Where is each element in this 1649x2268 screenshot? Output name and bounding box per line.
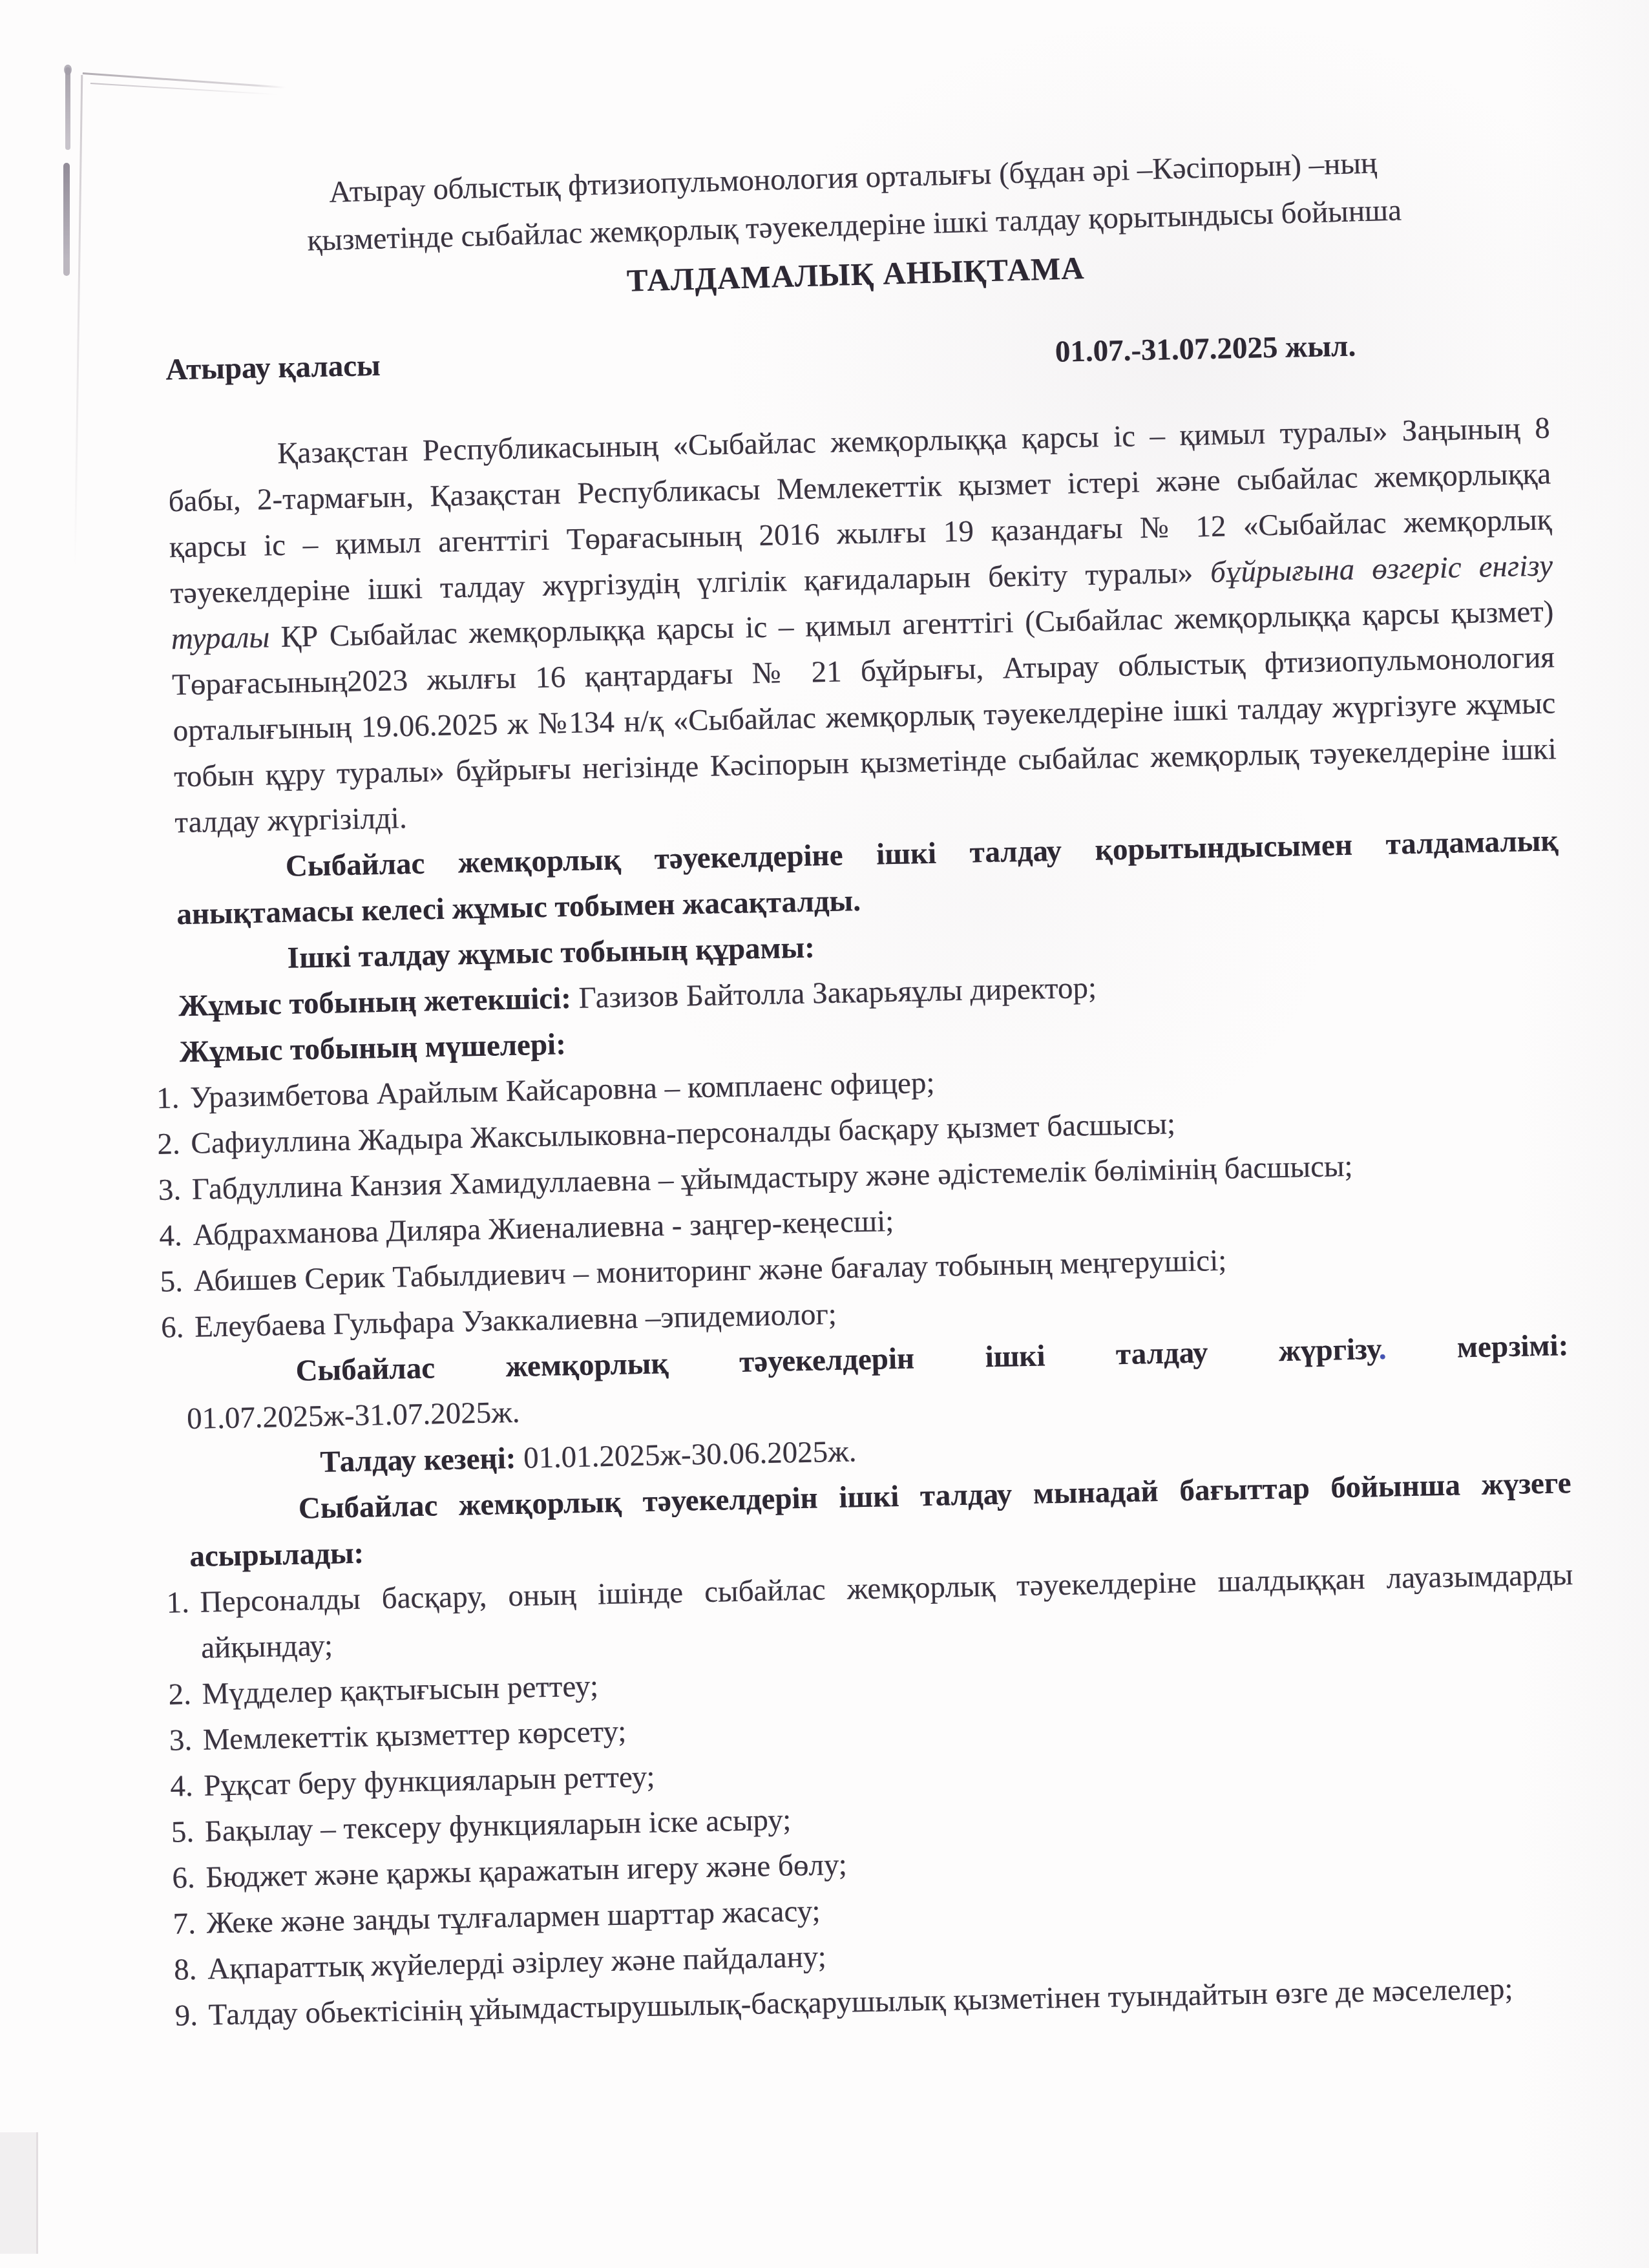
scan-artifact-corner-strip bbox=[0, 2132, 38, 2254]
list-item-text: Ақпараттық жүйелерді әзірлеу және пайдал… bbox=[207, 1940, 827, 1986]
ink-dot: . bbox=[1378, 1332, 1387, 1366]
document-header: Атырау облыстық фтизиопульмонология орта… bbox=[162, 134, 1548, 318]
scan-artifact-paper-edge-left bbox=[74, 75, 83, 566]
analysis-period-value: 01.01.2025ж-30.06.2025ж. bbox=[523, 1434, 857, 1475]
analysis-period-label: Талдау кезеңі: bbox=[320, 1442, 516, 1479]
group-leader-value: Газизов Байтолла Закарьяұлы директор; bbox=[578, 971, 1097, 1015]
term-label: мерзімі: bbox=[1456, 1328, 1568, 1364]
list-item-text: Жеке және заңды тұлғалармен шарттар жаса… bbox=[206, 1895, 821, 1940]
list-item-text: Рұқсат беру функцияларын реттеу; bbox=[204, 1760, 655, 1803]
list-item-text: Бюджет және қаржы қаражатын игеру және б… bbox=[205, 1848, 847, 1895]
list-item-number: 1. bbox=[156, 1075, 189, 1122]
list-item-text: Мүдделер қақтығысын реттеу; bbox=[202, 1669, 598, 1710]
list-item-number: 8. bbox=[173, 1947, 206, 1993]
list-item-text: Уразимбетова Арайлым Кайсаровна – компла… bbox=[190, 1066, 935, 1115]
city-date-row: Атырау қаласы 01.07.-31.07.2025 жыл. bbox=[165, 319, 1549, 393]
place-label: Атырау қаласы bbox=[165, 343, 381, 394]
list-item-number: 9. bbox=[174, 1993, 207, 2039]
list-item-text: Мемлекеттік қызметтер көрсету; bbox=[203, 1715, 627, 1757]
list-item-number: 4. bbox=[170, 1763, 203, 1810]
list-item-number: 2. bbox=[157, 1121, 190, 1168]
group-leader-label: Жұмыс тобының жетекшісі: bbox=[178, 982, 572, 1023]
list-item-number: 3. bbox=[169, 1717, 202, 1764]
list-item-number: 2. bbox=[168, 1672, 201, 1718]
intro-text-after: ҚР Сыбайлас жемқорлыққа қарсы іс – қимыл… bbox=[172, 594, 1557, 839]
members-list: 1.Уразимбетова Арайлым Кайсаровна – комп… bbox=[180, 1047, 1568, 1350]
document-body: Атырау облыстық фтизиопульмонология орта… bbox=[162, 140, 1582, 2039]
list-item-text: Абдрахманова Диляра Жиеналиевна - заңгер… bbox=[193, 1204, 894, 1252]
directions-list: 1.Персоналды басқару, оның ішінде сыбайл… bbox=[190, 1552, 1582, 2039]
list-item-number: 4. bbox=[159, 1213, 192, 1259]
list-item-number: 5. bbox=[160, 1259, 193, 1305]
intro-paragraph: Қазақстан Республикасының «Сыбайлас жемқ… bbox=[167, 405, 1557, 846]
scan-artifact-mark-2 bbox=[63, 163, 70, 276]
list-item-text: Елеубаева Гульфара Узаккалиевна –эпидеми… bbox=[194, 1297, 837, 1344]
scan-artifact-mark-1 bbox=[65, 67, 70, 150]
list-item-number: 6. bbox=[172, 1855, 205, 1902]
list-item-text: Бақылау – тексеру функцияларын іске асыр… bbox=[204, 1803, 791, 1848]
list-item-number: 3. bbox=[158, 1167, 191, 1213]
list-item-number: 5. bbox=[171, 1809, 204, 1856]
scan-artifact-paper-edge-top bbox=[83, 72, 286, 89]
list-item-number: 1. bbox=[166, 1580, 199, 1626]
scanned-page: Атырау облыстық фтизиопульмонология орта… bbox=[0, 0, 1649, 2268]
list-item-number: 6. bbox=[161, 1305, 194, 1351]
list-item-number: 7. bbox=[173, 1901, 205, 1948]
report-period: 01.07.-31.07.2025 жыл. bbox=[1055, 323, 1356, 375]
